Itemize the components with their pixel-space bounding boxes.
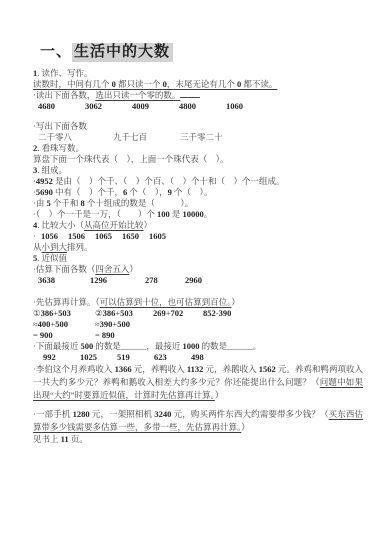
spacer [33,286,363,297]
q1-reading-rule: 读数时，中间有几个 0 都只读一个 0，末尾无论有几个 0 都不读。 [33,79,363,90]
word-problem-income: ·李伯这个月养鸡收入 1366 元，养鸭收入 1132 元，养鹅收入 1562 … [33,363,363,402]
worksheet-page: 一、生活中的大数 1. 读作、写作。 读数时，中间有几个 0 都只读一个 0，末… [0,0,381,540]
q3-heading: 3. 组成。 [33,165,363,176]
q2-heading: 2. 看珠写数。 [33,143,363,154]
q5-closest-prompt: ·下面最接近 500 的数是______，最接近 1000 的数是______。 [33,341,363,352]
q3-item-2: ·5690 中有（ ）个千，6 个（ ），9 个（ ）。 [33,187,363,198]
q1-heading: 1. 读作、写作。 [33,68,363,79]
q3-item-4: ·（ ）个一千是一万，（ ）个 100 是 10000。 [33,209,363,220]
q1-words-row: 二千零八九千七百三千零二十 [38,132,363,143]
q1-read-prompt: ·读出下面各数，选出只读一个零的数。 [33,90,363,101]
q5-round-numbers-row: 363812962782960 [38,275,363,286]
q5-closest-numbers-row: 9921025519623498 [43,352,363,363]
q5-calc-row-2: ≈400+500≈390+500 [33,319,363,330]
q3-item-1: ·4952 是由（ ）个千、（ ）个百、（ ）个十和（ ）个一组成。 [33,176,363,187]
q3-item-3: ·由 5 个千和 8 个十组成的数是（ ）。 [33,198,363,209]
section-title-highlighted: 生活中的大数 [72,43,173,62]
book-reference: 见书上 11 页。 [33,434,363,445]
q2-abacus-line: 算盘下面一个珠代表（ ），上面一个珠代表（ ）。 [33,154,363,165]
q4-numbers-row: ·10561506106516501605 [33,231,363,242]
q5-estimate-prompt: ·估算下面各数（四舍五入） [33,264,363,275]
q5-calc-row-1: ①386+503②386+503269+702852-390 [33,308,363,319]
section-title-number: 一、 [40,44,72,60]
q4-order-prompt: 从小到大排列。 [33,242,363,253]
q5-calc-row-3: = 900= 890 [33,330,363,341]
spacer [33,112,363,121]
section-title: 一、生活中的大数 [40,40,363,61]
q4-heading: 4. 比较大小（从高位开始比较） [33,220,363,231]
word-problem-shopping: ·一部手机 1280 元，一架照相机 3240 元，购买两件东西大约需要带多少钱… [33,408,363,434]
q5-calc-prompt: ·先估算再计算。（可以估算到十位，也可估算到百位。） [33,297,363,308]
q5-heading: 5. 近似值 [33,253,363,264]
q1-write-prompt: ·写出下面各数 [33,121,363,132]
q1-numbers-row: 46803062400948001060 [38,101,363,112]
